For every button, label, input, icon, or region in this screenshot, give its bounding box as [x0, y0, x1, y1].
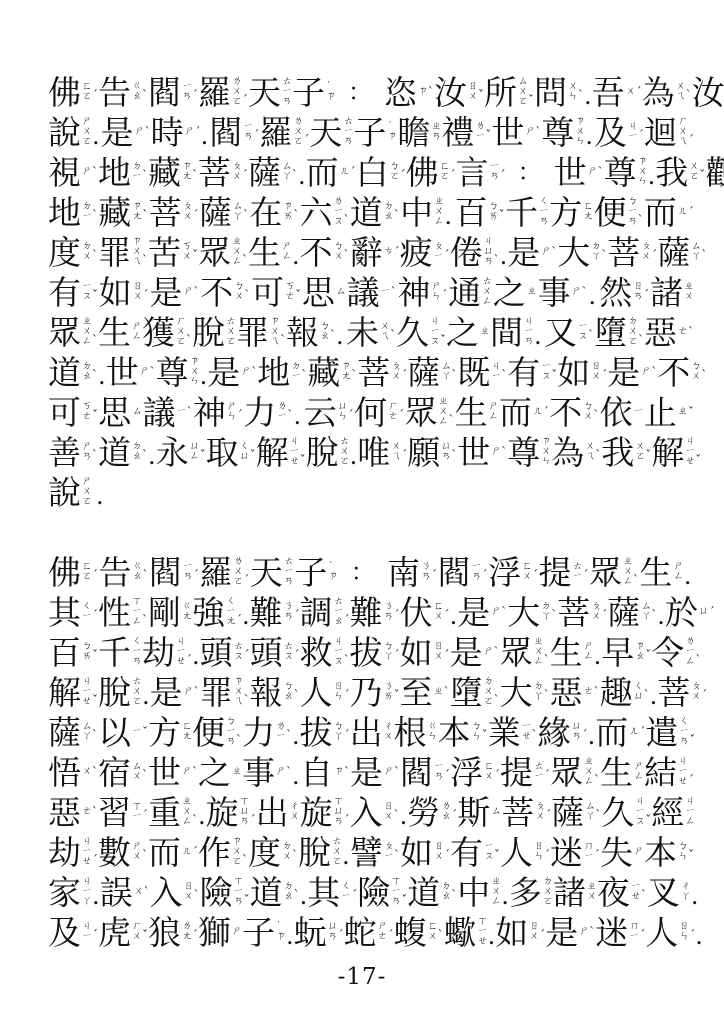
punctuation: ： [339, 560, 387, 584]
punctuation: . [142, 684, 150, 712]
text-line: 說ㄕㄨㄛ.是ㄕˋ時ㄕˊ.閻ㄧㄢˊ羅ㄌㄨㄛˊ天ㄊㄧㄢ子˙ㄗ瞻ㄓㄢ禮ㄌㄧˇ世ㄕˋ尊ㄗ… [48, 112, 694, 152]
zhuyin-annotation: ㄅㄣˇ [472, 722, 488, 742]
zhuyin-annotation: ㄅㄞˇ [82, 642, 98, 662]
han-char: 世 [106, 356, 139, 389]
han-char: 地 [98, 156, 131, 189]
han-char: 既 [457, 356, 490, 389]
tone-mark: ˋ [593, 409, 599, 421]
char-cell: 既ㄐㄧˋ [457, 356, 507, 389]
han-char: 大 [500, 676, 533, 709]
zhuyin-annotation: ㄎㄜˇ [285, 282, 301, 302]
tone-mark: ˋ [448, 414, 454, 426]
zhuyin-annotation: ㄓㄨㄥˋ [182, 797, 198, 827]
char-cell: 度ㄉㄨˋ [48, 236, 98, 269]
han-char: 趣 [600, 676, 633, 709]
punctuation: . [148, 444, 156, 472]
zhuyin-annotation: ㄔㄨ [290, 802, 300, 822]
zhuyin-annotation: ㄧㄢˊ [434, 762, 450, 782]
char-cell: 救ㄐㄧㄡˋ [300, 636, 350, 669]
punctuation: . [588, 284, 598, 312]
char-cell: 百ㄅㄞˇ [48, 636, 98, 669]
han-char: 地 [257, 356, 290, 389]
zhuyin-annotation: ㄗㄨㄣ [638, 157, 648, 187]
char-cell: 出ㄔㄨ [350, 716, 394, 749]
han-char: 未 [346, 316, 379, 349]
han-char: 菩 [357, 356, 390, 389]
zhuyin-annotation: ㄓㄨㄥˋ [438, 397, 454, 427]
zhuyin-annotation: ㄌㄨㄛˊ [232, 77, 248, 107]
han-char: 惡 [48, 796, 81, 829]
zhuyin-annotation: ㄧㄝˋ [631, 882, 647, 902]
han-char: 之 [198, 756, 231, 789]
zhuyin-annotation: ㄆㄨˊ [641, 242, 657, 262]
zhuyin-annotation: ㄕˊ [185, 126, 201, 139]
char-cell: 方ㄈㄤ [148, 716, 192, 749]
punctuation: . [200, 364, 208, 392]
han-char: 如 [400, 636, 433, 669]
zhuyin-annotation: ㄋㄢˊ [421, 562, 437, 582]
zhuyin-annotation: ㄙㄚˋ [441, 362, 457, 382]
han-char: 善 [48, 436, 81, 469]
char-cell: 以ㄧˇ [98, 716, 148, 749]
han-char: 失 [600, 836, 633, 869]
char-cell: 頭ㄊㄡˊ [250, 636, 300, 669]
char-cell: 提ㄊㄧˊ [539, 556, 589, 589]
char-cell: 諸ㄓㄨ [553, 876, 597, 909]
zhuyin-annotation: ㄎㄨˇ [182, 242, 198, 262]
punctuation: . [588, 724, 596, 752]
punctuation: . [585, 124, 594, 152]
han-char: 何 [354, 396, 387, 429]
han-char: 脫 [98, 676, 131, 709]
char-cell: 蝮ㄈㄨˋ [394, 916, 444, 949]
char-cell: 地ㄉㄧˋ [98, 156, 148, 189]
zhuyin-annotation: ㄕˋ [184, 286, 200, 299]
tone-mark: ˇ [688, 406, 694, 418]
zhuyin-annotation: ㄦˊ [678, 206, 694, 219]
han-char: 道 [250, 876, 283, 909]
punctuation: . [695, 924, 703, 952]
char-cell: 為ㄨㄟˋ [551, 436, 601, 469]
han-char: 不 [549, 396, 582, 429]
zhuyin-annotation: ㄏㄨㄟˊ [678, 117, 694, 147]
zhuyin-annotation: ㄓㄨㄥ [434, 197, 444, 227]
zhuyin-annotation: ㄅㄛˊ [390, 162, 406, 182]
han-char: 百 [455, 196, 488, 229]
tone-mark: ˋ [343, 214, 349, 226]
zhuyin-annotation: ㄌㄠˊ [441, 802, 457, 822]
zhuyin-annotation: ㄗㄨㄣ [575, 117, 585, 147]
zhuyin-annotation: ㄉㄠˋ [284, 882, 300, 902]
zhuyin-annotation: ˙ㄗ [328, 562, 338, 582]
char-cell: 菩ㄆㄨˊ [149, 196, 199, 229]
zhuyin-annotation: ㄋㄢˊ [384, 602, 400, 622]
han-char: 方 [148, 716, 181, 749]
han-char: 習 [98, 796, 131, 829]
char-cell: 子˙ㄗ [292, 76, 336, 109]
char-cell: 趣ㄑㄩˋ [600, 676, 650, 709]
char-cell: 虎ㄏㄨˇ [98, 916, 148, 949]
zhuyin-annotation: ㄨˋ [82, 766, 98, 779]
zhuyin-annotation: ㄑㄧˊ [82, 602, 98, 622]
tone-mark: ˋ [142, 209, 148, 221]
char-cell: 云ㄩㄣˊ [304, 396, 354, 429]
han-char: 生 [248, 236, 281, 269]
zhuyin-annotation: ㄔㄨ [384, 722, 394, 742]
han-char: 墮 [450, 676, 483, 709]
han-char: 救 [300, 636, 333, 669]
han-char: 苦 [148, 236, 181, 269]
zhuyin-annotation: ㄅㄠˋ [320, 322, 336, 342]
tone-mark: ˊ [193, 209, 199, 221]
zhuyin-annotation: ㄉㄠˋ [441, 882, 457, 902]
char-cell: 報ㄅㄠˋ [250, 676, 300, 709]
zhuyin-annotation: ㄌㄧㄡˋ [333, 197, 349, 227]
zhuyin-annotation: ㄉㄚˋ [534, 682, 550, 702]
char-cell: 羅ㄌㄨㄛˊ [199, 556, 249, 589]
han-char: 告 [98, 76, 131, 109]
zhuyin-annotation: ㄔㄚ [681, 882, 691, 902]
han-char: 罪 [236, 316, 269, 349]
han-char: 菩 [198, 156, 231, 189]
han-char: 罪 [98, 236, 131, 269]
han-char: 百 [48, 636, 81, 669]
char-cell: 又ㄧㄡˋ [544, 316, 594, 349]
tone-mark: ˇ [689, 734, 695, 746]
han-char: 而 [148, 836, 181, 869]
han-char: 白 [356, 156, 389, 189]
han-char: 蛇 [344, 916, 377, 949]
han-char: 中 [400, 196, 433, 229]
char-cell: 迷ㄇㄧˊ [595, 916, 645, 949]
char-cell: 人ㄖㄣˊ [645, 916, 695, 949]
char-cell: 尊ㄗㄨㄣ [507, 436, 551, 469]
tone-mark: ˇ [295, 289, 301, 301]
char-cell: 不ㄅㄨˋ [200, 276, 250, 309]
paragraph: 佛ㄈㄛˊ告ㄍㄠˋ閻ㄧㄢˊ羅ㄌㄨㄛˊ天ㄊㄧㄢ子˙ㄗ：恣ㄗˋ汝ㄖㄨˇ所ㄙㄨㄛˇ問ㄨㄣ… [48, 72, 694, 512]
char-cell: 閻ㄧㄢˊ [148, 76, 198, 109]
text-line: 其ㄑㄧˊ性ㄒㄧㄥˋ剛ㄍㄤ強ㄑㄧㄤˊ.難ㄋㄢˊ調ㄊㄧㄠˊ難ㄋㄢˊ伏ㄈㄨˊ.是ㄕˋ大… [48, 592, 694, 632]
han-char: 子 [294, 556, 327, 589]
han-char: 菩 [657, 676, 690, 709]
zhuyin-annotation: ㄕˋ [588, 166, 604, 179]
han-char: 解 [651, 436, 684, 469]
char-cell: 閻ㄧㄢˊ [209, 116, 259, 149]
han-char: 度 [248, 836, 281, 869]
char-cell: 調ㄊㄧㄠˊ [300, 596, 350, 629]
han-char: 譬 [350, 836, 383, 869]
char-cell: 言ㄧㄢˊ [456, 156, 506, 189]
zhuyin-annotation: ㄐㄧˋ [491, 362, 507, 382]
char-cell: 生ㄕㄥ [550, 636, 594, 669]
han-char: 脫 [192, 316, 225, 349]
han-char: 之 [493, 276, 526, 309]
zhuyin-annotation: ㄗㄠˇ [635, 642, 651, 662]
punctuation: . [192, 644, 200, 672]
han-char: 議 [143, 396, 176, 429]
char-cell: 解ㄐㄧㄝˇ [651, 436, 701, 469]
zhuyin-annotation: ㄑㄩˋ [634, 682, 650, 702]
zhuyin-annotation: ㄐㄧㄡˋ [334, 637, 350, 667]
zhuyin-annotation: ㄅㄨˋ [234, 282, 250, 302]
zhuyin-annotation: ㄖㄨˊ [434, 842, 450, 862]
char-cell: 乃ㄋㄞˇ [350, 676, 400, 709]
char-cell: 如ㄖㄨˊ [495, 916, 545, 949]
zhuyin-annotation: ㄋㄢˊ [284, 602, 300, 622]
char-cell: 難ㄋㄢˊ [350, 596, 400, 629]
tone-mark: ˋ [701, 249, 707, 261]
tone-mark: ˋ [633, 574, 639, 586]
punctuation: . [488, 924, 496, 952]
zhuyin-annotation: ㄑㄧㄢ [539, 197, 549, 227]
punctuation: . [650, 684, 658, 712]
tone-mark: ˋ [638, 214, 644, 226]
han-char: 結 [644, 756, 677, 789]
punctuation: . [400, 804, 408, 832]
zhuyin-annotation: ㄖㄨˋ [184, 882, 200, 902]
zhuyin-annotation: ㄒㄩㄢˊ [334, 797, 350, 827]
char-cell: 世ㄕˋ [554, 156, 604, 189]
zhuyin-annotation: ㄕˋ [82, 166, 98, 179]
han-char: 觀 [705, 156, 724, 189]
han-char: 性 [98, 596, 131, 629]
han-char: 險 [357, 876, 390, 909]
han-char: 有 [48, 276, 81, 309]
han-char: 告 [98, 556, 131, 589]
zhuyin-annotation: ㄓ [480, 327, 490, 337]
punctuation: . [92, 884, 100, 912]
han-char: 薩 [248, 156, 281, 189]
char-cell: 是ㄕˋ [207, 356, 257, 389]
zhuyin-annotation: ㄌㄧˋ [277, 402, 293, 422]
han-char: 可 [251, 276, 284, 309]
punctuation: . [198, 804, 206, 832]
zhuyin-annotation: ㄊㄧㄢ [282, 77, 292, 107]
zhuyin-annotation: ㄌㄧˇ [475, 122, 491, 142]
zhuyin-annotation: ㄕˋ [572, 286, 588, 299]
zhuyin-annotation: ㄖㄨˇ [468, 82, 484, 102]
char-cell: 世ㄕˋ [491, 116, 541, 149]
char-cell: 夜ㄧㄝˋ [597, 876, 647, 909]
char-cell: 南ㄋㄢˊ [387, 556, 437, 589]
han-char: 生 [550, 636, 583, 669]
tone-mark: ˊ [348, 409, 354, 421]
zhuyin-annotation: ㄧˇ [132, 726, 148, 739]
char-cell: 之ㄓ [493, 276, 537, 309]
punctuation: . [500, 244, 508, 272]
han-char: 報 [286, 316, 319, 349]
char-cell: 子˙ㄗ [353, 116, 397, 149]
zhuyin-annotation: ㄈㄨˊ [434, 602, 450, 622]
char-cell: 其ㄑㄧˊ [307, 876, 357, 909]
han-char: 而 [306, 156, 339, 189]
char-cell: 眾ㄓㄨㄥˋ [550, 756, 600, 789]
zhuyin-annotation: ㄐㄧㄝˊ [176, 637, 192, 667]
punctuation: ： [336, 80, 384, 104]
char-cell: 墮ㄉㄨㄛˋ [450, 676, 500, 709]
han-char: 如 [557, 356, 590, 389]
han-char: 是 [350, 756, 383, 789]
zhuyin-annotation: ㄏㄨˇ [132, 922, 148, 942]
char-cell: 數ㄕㄨˋ [98, 836, 148, 869]
han-char: 恣 [384, 76, 417, 109]
zhuyin-annotation: ㄕˋ [384, 766, 400, 779]
text-line: 度ㄉㄨˋ罪ㄗㄨㄟˋ苦ㄎㄨˇ眾ㄓㄨㄥˋ生ㄕㄥ.不ㄅㄨˋ辭ㄘˊ疲ㄆㄧˊ倦ㄐㄩㄢˋ.是… [48, 232, 694, 272]
zhuyin-annotation: ㄧㄡˇ [82, 282, 98, 302]
han-char: 提 [500, 756, 533, 789]
zhuyin-annotation: ㄩㄢˋ [441, 442, 457, 462]
zhuyin-annotation: ㄕˋ [182, 766, 198, 779]
char-cell: 神ㄕㄣˊ [193, 396, 243, 429]
zhuyin-annotation: ㄊㄨㄥ [482, 277, 492, 307]
zhuyin-annotation: ㄕㄨㄛ [82, 477, 92, 507]
han-char: 及 [48, 916, 81, 949]
char-cell: 提ㄊㄧˊ [500, 756, 550, 789]
char-cell: 問ㄨㄣˋ [534, 76, 584, 109]
char-cell: 瞻ㄓㄢ [397, 116, 441, 149]
punctuation: . [336, 324, 346, 352]
han-char: 是 [150, 676, 183, 709]
zhuyin-annotation: ㄗㄨㄣ [541, 437, 551, 467]
han-char: 罪 [200, 676, 233, 709]
char-cell: 依ㄧ [600, 396, 644, 429]
punctuation: . [342, 844, 350, 872]
zhuyin-annotation: ㄙㄚˋ [82, 722, 98, 742]
zhuyin-annotation: ㄆㄨˊ [691, 682, 707, 702]
char-cell: 尊ㄗㄨㄣ [156, 356, 200, 389]
tone-mark: ˋ [391, 286, 397, 298]
zhuyin-annotation: ㄙㄚˋ [691, 242, 707, 262]
char-cell: 是ㄕˋ [101, 116, 151, 149]
zhuyin-annotation: ㄕˋ [525, 126, 541, 139]
char-cell: 如ㄖㄨˊ [99, 276, 149, 309]
han-char: 於 [665, 596, 698, 629]
han-char: 唯 [357, 436, 390, 469]
char-cell: 願ㄩㄢˋ [407, 436, 457, 469]
char-cell: 千ㄑㄧㄢ [505, 196, 549, 229]
text-line: 家ㄐㄧㄚ.誤ㄨˋ入ㄖㄨˋ險ㄒㄧㄢˇ道ㄉㄠˋ.其ㄑㄧˊ險ㄒㄧㄢˇ道ㄉㄠˋ中ㄓㄨㄥ.… [48, 872, 694, 912]
char-cell: 浮ㄈㄨˊ [488, 556, 538, 589]
char-cell: 而ㄦˊ [306, 156, 356, 189]
zhuyin-annotation: ㄍㄠˋ [132, 82, 148, 102]
char-cell: 罪ㄗㄨㄟˋ [200, 676, 250, 709]
zhuyin-annotation: ㄨㄟˋ [380, 322, 396, 342]
char-cell: 是ㄕˋ [150, 276, 200, 309]
char-cell: 是ㄕˋ [545, 916, 595, 949]
char-cell: 薩ㄙㄚˋ [199, 196, 249, 229]
punctuation: . [293, 404, 303, 432]
zhuyin-annotation: ㄕˋ [135, 126, 151, 139]
char-cell: 薩ㄙㄚˋ [551, 796, 601, 829]
char-cell: 及ㄐㄧˊ [594, 116, 644, 149]
han-char: 中 [457, 876, 490, 909]
text-line: 可ㄎㄜˇ思ㄙ議ㄧˋ神ㄕㄣˊ力ㄌㄧˋ.云ㄩㄣˊ何ㄏㄜˊ眾ㄓㄨㄥˋ生ㄕㄥ而ㄦˊ不ㄅㄨ… [48, 392, 694, 432]
char-cell: 說ㄕㄨㄛ [48, 476, 92, 509]
char-cell: 諸ㄓㄨ [650, 276, 694, 309]
zhuyin-annotation: ㄦˊ [533, 406, 549, 419]
han-char: 至 [400, 676, 433, 709]
han-char: 閻 [438, 556, 471, 589]
han-char: 數 [98, 836, 131, 869]
char-cell: 佛ㄈㄛˊ [406, 156, 456, 189]
zhuyin-annotation: ㄌㄧㄥˋ [685, 637, 701, 667]
text-line: 解ㄐㄧㄝˇ脫ㄊㄨㄛ.是ㄕˋ罪ㄗㄨㄟˋ報ㄅㄠˋ人ㄖㄣˊ乃ㄋㄞˇ至ㄓˋ墮ㄉㄨㄛˋ大ㄉ… [48, 672, 694, 712]
han-char: 業 [488, 716, 521, 749]
punctuation: . [594, 644, 602, 672]
zhuyin-annotation: ㄗㄨㄟˋ [132, 237, 148, 267]
zhuyin-annotation: ㄖㄨˊ [133, 282, 149, 302]
han-char: 緣 [538, 716, 571, 749]
han-char: 依 [600, 396, 633, 429]
han-char: 便 [192, 716, 225, 749]
zhuyin-annotation: ㄒㄧㄢˇ [234, 877, 250, 907]
han-char: 大 [507, 596, 540, 629]
han-char: 脫 [298, 836, 331, 869]
zhuyin-annotation: ㄕˋ [579, 926, 595, 939]
han-char: 世 [554, 156, 587, 189]
zhuyin-annotation: ㄕ [232, 927, 242, 937]
char-cell: 業ㄧㄝˋ [488, 716, 538, 749]
char-cell: 未ㄨㄟˋ [346, 316, 396, 349]
zhuyin-annotation: ㄉㄠˋ [132, 442, 148, 462]
char-cell: 菩ㄆㄨˊ [198, 156, 248, 189]
han-char: 佛 [48, 556, 81, 589]
zhuyin-annotation: ㄨㄟˊ [391, 442, 407, 462]
han-char: 蠍 [444, 916, 477, 949]
han-char: 千 [98, 636, 131, 669]
han-char: 世 [148, 756, 181, 789]
zhuyin-annotation: ㄖㄣˊ [334, 682, 350, 702]
han-char: 佛 [406, 156, 439, 189]
zhuyin-annotation: ㄩˊ [699, 606, 715, 619]
char-cell: 閻ㄧㄢˊ [400, 756, 450, 789]
char-cell: 汝ㄖㄨˇ [434, 76, 484, 109]
zhuyin-annotation: ㄐㄧㄝˇ [82, 677, 98, 707]
zhuyin-annotation: ㄈㄨˊ [484, 762, 500, 782]
tone-mark: ˇ [695, 454, 701, 466]
char-cell: 家ㄐㄧㄚ [48, 876, 92, 909]
han-char: 報 [250, 676, 283, 709]
zhuyin-annotation: ㄖㄢˊ [633, 282, 649, 302]
char-cell: 藏ㄗㄤˋ [98, 196, 148, 229]
han-char: 便 [594, 196, 627, 229]
page-number: -17- [0, 964, 724, 990]
han-char: 誤 [100, 876, 133, 909]
zhuyin-annotation: ㄉㄨㄛˋ [484, 677, 500, 707]
zhuyin-annotation: ㄕˋ [140, 366, 156, 379]
char-cell: 狼ㄌㄤˊ [148, 916, 198, 949]
zhuyin-annotation: ㄕㄨㄛ [82, 117, 92, 147]
zhuyin-annotation: ㄐㄧㄡˇ [635, 797, 651, 827]
zhuyin-annotation: ㄙㄚˋ [233, 202, 249, 222]
zhuyin-annotation: ㄗㄤˋ [182, 162, 198, 182]
char-cell: 生ㄕㄥ [600, 756, 644, 789]
han-char: 然 [599, 276, 632, 309]
zhuyin-annotation: ㄕㄨˋ [132, 842, 148, 862]
tone-mark: ˊ [543, 406, 549, 418]
han-char: 薩 [48, 716, 81, 749]
char-cell: 多ㄉㄨㄛ [509, 876, 553, 909]
han-char: 而 [499, 396, 532, 429]
zhuyin-annotation: ㄓㄨㄥˋ [584, 757, 600, 787]
sutra-text: 佛ㄈㄛˊ告ㄍㄠˋ閻ㄧㄢˊ羅ㄌㄨㄛˊ天ㄊㄧㄢ子˙ㄗ：恣ㄗˋ汝ㄖㄨˇ所ㄙㄨㄛˇ問ㄨㄣ… [48, 72, 694, 952]
char-cell: 經ㄐㄧㄥ [651, 796, 695, 829]
zhuyin-annotation: ㄓㄢ [431, 122, 441, 142]
char-cell: 久ㄐㄧㄡˇ [601, 796, 651, 829]
zhuyin-annotation: ㄅㄞˇ [489, 202, 505, 222]
han-char: 獲 [142, 316, 175, 349]
tone-mark: ˊ [92, 569, 98, 581]
